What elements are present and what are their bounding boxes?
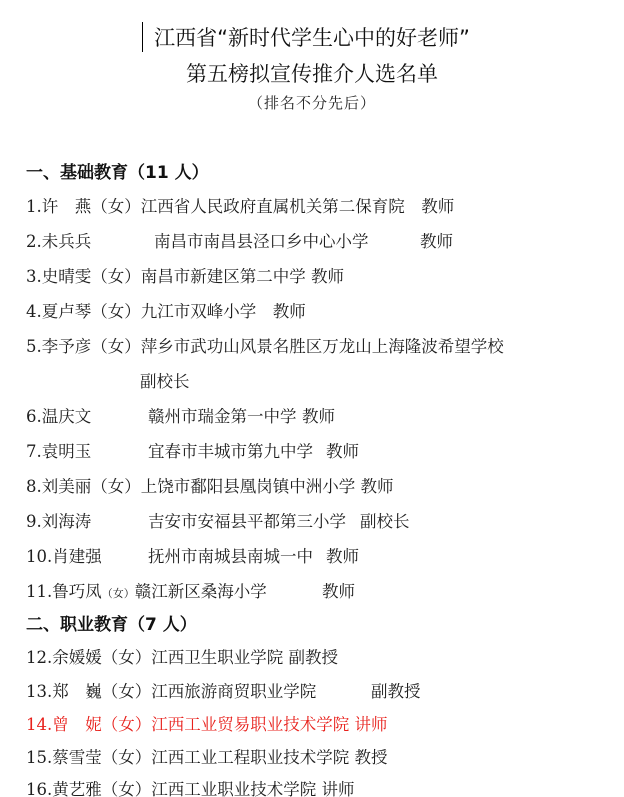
entry-number: 16.: [26, 780, 52, 797]
entry-org: 赣江新区桑海小学: [135, 578, 267, 602]
entry-gender: （女）: [102, 644, 152, 668]
entry-org: 赣州市瑞金第一中学: [148, 403, 297, 427]
entry-org: 江西卫生职业学院: [151, 644, 283, 668]
document-subtitle: （排名不分先后）: [0, 92, 624, 113]
list-item: 2.未兵兵 南昌市南昌县泾口乡中心小学 教师: [26, 228, 91, 252]
entry-number: 5.: [26, 337, 42, 356]
entry-name: 鲁巧凤: [52, 578, 102, 602]
entry-org: 萍乡市武功山风景名胜区万龙山上海隆波希望学校: [141, 333, 504, 357]
entry-org: 吉安市安福县平都第三小学: [148, 508, 346, 532]
entry-title: 教师: [302, 403, 335, 427]
entry-gender: （女）: [102, 585, 135, 601]
entry-name: 温庆文: [42, 403, 92, 427]
entry-title: 教师: [421, 193, 454, 217]
list-item: 1.许 燕（女）江西省人民政府直属机关第二保育院 教师: [26, 193, 454, 217]
list-item: 8.刘美丽（女）上饶市鄱阳县凰岗镇中洲小学 教师: [26, 473, 394, 497]
entry-org: 抚州市南城县南城一中: [148, 543, 313, 567]
entry-name: 余媛媛: [52, 644, 102, 668]
entry-number: 13.: [26, 682, 52, 701]
list-item: 4.夏卢琴（女）九江市双峰小学 教师: [26, 298, 306, 322]
entry-name: 刘美丽: [42, 473, 92, 497]
entry-org: 宜春市丰城市第九中学: [148, 438, 313, 462]
list-item: 7.袁明玉 宜春市丰城市第九中学 教师: [26, 438, 91, 462]
entry-name: 郑 巍: [52, 678, 102, 702]
entry-org: 江西旅游商贸职业学院: [151, 678, 316, 702]
entry-number: 7.: [26, 442, 42, 461]
entry-number: 9.: [26, 512, 42, 531]
entry-title: 副校长: [360, 508, 410, 532]
entry-org: 南昌市新建区第二中学: [141, 263, 306, 287]
entry-org: 江西省人民政府直属机关第二保育院: [141, 193, 405, 217]
list-item: 10.肖建强 抚州市南城县南城一中 教师: [26, 543, 102, 567]
entry-title: 副教授: [289, 644, 339, 668]
entry-org: 南昌市南昌县泾口乡中心小学: [154, 228, 369, 252]
entry-title-wrapped: 副校长: [140, 368, 190, 392]
entry-name: 许 燕: [42, 193, 92, 217]
entry-number: 14.: [26, 715, 52, 734]
entry-gender: （女）: [102, 678, 152, 702]
entry-name: 夏卢琴: [42, 298, 92, 322]
entry-title: 教师: [322, 578, 355, 602]
list-item-highlighted: 14.曾 妮（女）江西工业贸易职业技术学院 讲师: [26, 711, 388, 735]
entry-title: 教师: [361, 473, 394, 497]
section-heading-basic-education: 一、基础教育（11 人）: [26, 158, 209, 183]
entry-number: 11.: [26, 582, 52, 601]
document-title-line2: 第五榜拟宣传推介人选名单: [0, 58, 624, 88]
list-item: 13.郑 巍（女）江西旅游商贸职业学院 副教授: [26, 678, 316, 702]
entry-name: 袁明玉: [42, 438, 92, 462]
entry-gender: （女）: [91, 473, 141, 497]
list-item: 11.鲁巧凤（女）赣江新区桑海小学 教师: [26, 578, 267, 602]
entry-name: 史晴雯: [42, 263, 92, 287]
entry-gender: （女）: [91, 333, 141, 357]
entry-number: 8.: [26, 477, 42, 496]
entry-name: 黄艺雅: [52, 776, 102, 797]
list-item: 12.余媛媛（女）江西卫生职业学院 副教授: [26, 644, 338, 668]
entry-number: 1.: [26, 197, 42, 216]
entry-org: 江西工业工程职业技术学院: [151, 744, 349, 768]
entry-gender: （女）: [91, 193, 141, 217]
entry-name: 未兵兵: [42, 228, 92, 252]
entry-number: 4.: [26, 302, 42, 321]
document-title-line1: 江西省“新时代学生心中的好老师”: [0, 22, 624, 52]
entry-number: 12.: [26, 648, 52, 667]
entry-gender: （女）: [91, 298, 141, 322]
section-heading-vocational-education: 二、职业教育（7 人）: [26, 610, 197, 635]
entry-title: 教师: [273, 298, 306, 322]
entry-number: 3.: [26, 267, 42, 286]
entry-number: 6.: [26, 407, 42, 426]
entry-org: 江西工业职业技术学院: [151, 776, 316, 797]
entry-number: 10.: [26, 547, 52, 566]
entry-org: 上饶市鄱阳县凰岗镇中洲小学: [141, 473, 356, 497]
entry-title: 教师: [326, 543, 359, 567]
entry-name: 李予彦: [42, 333, 92, 357]
entry-org: 九江市双峰小学: [141, 298, 257, 322]
list-item: 16.黄艺雅（女）江西工业职业技术学院 讲师: [26, 776, 355, 797]
entry-number: 15.: [26, 748, 52, 767]
entry-title: 教师: [311, 263, 344, 287]
entry-name: 刘海涛: [42, 508, 92, 532]
list-item: 3.史晴雯（女）南昌市新建区第二中学 教师: [26, 263, 344, 287]
entry-gender: （女）: [102, 744, 152, 768]
entry-gender: （女）: [102, 776, 152, 797]
entry-number: 2.: [26, 232, 42, 251]
entry-title: 讲师: [322, 776, 355, 797]
entry-title: 教师: [326, 438, 359, 462]
list-item: 15.蔡雪莹（女）江西工业工程职业技术学院 教授: [26, 744, 388, 768]
entry-title: 副教授: [371, 678, 421, 702]
list-item: 5.李予彦（女）萍乡市武功山风景名胜区万龙山上海隆波希望学校: [26, 333, 504, 357]
entry-title: 教师: [420, 228, 453, 252]
entry-title: 教授: [355, 744, 388, 768]
list-item: 6.温庆文 赣州市瑞金第一中学 教师: [26, 403, 91, 427]
entry-gender: （女）: [102, 711, 152, 735]
entry-gender: （女）: [91, 263, 141, 287]
entry-name: 肖建强: [52, 543, 102, 567]
entry-name: 曾 妮: [52, 711, 102, 735]
entry-org: 江西工业贸易职业技术学院: [151, 711, 349, 735]
entry-name: 蔡雪莹: [52, 744, 102, 768]
list-item: 9.刘海涛 吉安市安福县平都第三小学 副校长: [26, 508, 91, 532]
entry-title: 讲师: [355, 711, 388, 735]
